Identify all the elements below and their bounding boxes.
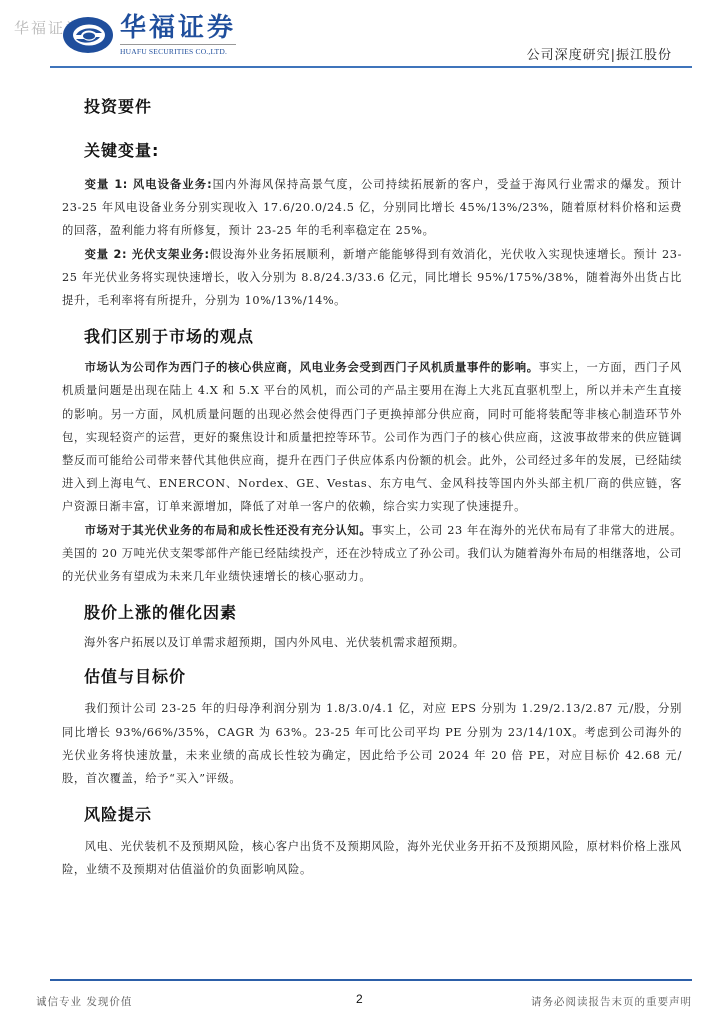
differentiated-view-1-bold: 市场认为公司作为西门子的核心供应商，风电业务会受到西门子风机质量事件的影响。 [85,361,539,374]
catalysts-text: 海外客户拓展以及订单需求超预期，国内外风电、光伏装机需求超预期。 [84,631,682,654]
key-variable-2: 变量 2: 光伏支架业务:假设海外业务拓展顺利，新增产能能够得到有效消化，光伏收… [62,243,682,313]
key-variable-1-label: 变量 1: 风电设备业务: [85,178,213,191]
footer-disclaimer: 请务必阅读报告末页的重要声明 [531,994,692,1009]
valuation-text: 我们预计公司 23-25 年的归母净利润分别为 1.8/3.0/4.1 亿，对应… [62,697,682,790]
logo-divider [120,44,236,45]
logo-chinese-name: 华福证券 [120,13,236,43]
huafu-logo-icon [62,15,114,55]
section-title-risks: 风险提示 [84,802,682,825]
section-title-differentiated-view: 我们区别于市场的观点 [84,324,682,347]
section-title-key-variables: 关键变量: [84,138,682,161]
report-body: 投资要件 关键变量: 变量 1: 风电设备业务:国内外海风保持高景气度，公司持续… [84,92,682,882]
footer-slogan: 诚信专业 发现价值 [36,994,132,1009]
risks-text: 风电、光伏装机不及预期风险，核心客户出货不及预期风险，海外光伏业务开拓不及预期风… [62,835,682,881]
footer-divider [50,979,692,981]
logo-english-name: HUAFU SECURITIES CO.,LTD. [120,47,236,56]
section-title-catalysts: 股价上涨的催化因素 [84,600,682,623]
page-number: 2 [356,992,363,1006]
differentiated-view-paragraph-2: 市场对于其光伏业务的布局和成长性还没有充分认知。事实上，公司 23 年在海外的光… [62,519,682,589]
section-title-investment-points: 投资要件 [84,94,682,117]
report-type: 公司深度研究|振江股份 [527,44,672,63]
company-logo: 华福证券 HUAFU SECURITIES CO.,LTD. [62,13,236,56]
section-title-valuation: 估值与目标价 [84,664,682,687]
header-divider [50,66,692,68]
differentiated-view-2-bold: 市场对于其光伏业务的布局和成长性还没有充分认知。 [85,524,372,537]
key-variable-2-label: 变量 2: 光伏支架业务: [85,248,210,261]
key-variable-1: 变量 1: 风电设备业务:国内外海风保持高景气度，公司持续拓展新的客户，受益于海… [62,173,682,243]
differentiated-view-paragraph-1: 市场认为公司作为西门子的核心供应商，风电业务会受到西门子风机质量事件的影响。事实… [62,356,682,518]
differentiated-view-1-text: 事实上，一方面，西门子风机质量问题是出现在陆上 4.X 和 5.X 平台的风机，… [62,361,682,513]
